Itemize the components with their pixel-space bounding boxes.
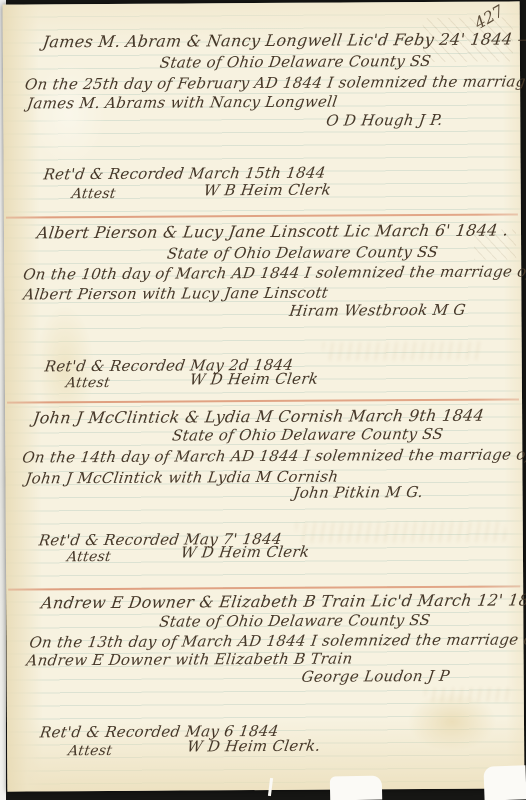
marriage-entry: Albert Pierson & Lucy Jane Linscott Lic …: [3, 1, 520, 4]
entry-state-line: State of Ohio Delaware County SS: [159, 52, 432, 72]
attest-label: Attest: [67, 743, 113, 759]
entry-body-line: On the 25th day of February AD 1844 I so…: [24, 72, 526, 93]
clerk-signature: W B Heim Clerk: [203, 181, 333, 200]
entry-separator-line: [7, 398, 519, 403]
attest-label: Attest: [65, 375, 111, 391]
officiant-signature: George Loudon J P: [301, 667, 451, 686]
entry-body-line: On the 10th day of March AD 1844 I solem…: [22, 262, 526, 283]
entry-state-line: State of Ohio Delaware County SS: [171, 425, 444, 445]
attest-label: Attest: [71, 186, 117, 202]
clerk-signature: W D Heim Clerk: [180, 543, 311, 562]
entry-body-line: On the 14th day of March AD 1844 I solem…: [21, 445, 526, 466]
entry-state-line: State of Ohio Delaware County SS: [166, 243, 439, 263]
entry-separator-line: [8, 585, 520, 590]
entry-license-line: James M. Abram & Nancy Longwell Lic'd Fe…: [42, 29, 526, 51]
return-record: Ret'd & Recorded May 6 1844 Attest W D H…: [3, 1, 520, 4]
entry-license-line: Albert Pierson & Lucy Jane Linscott Lic …: [36, 220, 510, 242]
officiant-signature: John Pitkin M G.: [292, 483, 424, 502]
entry-body-line: Albert Pierson with Lucy Jane Linscott: [22, 284, 329, 304]
attest-label: Attest: [66, 549, 112, 565]
officiant-signature: O D Hough J P.: [325, 111, 444, 130]
entry-body-line: John J McClintick with Lydia M Cornish: [24, 468, 339, 488]
torn-edge-notch: [483, 765, 526, 800]
ledger-page: 427 James M. Abram & Nancy Longwell Lic'…: [3, 1, 525, 791]
entry-body-line: James M. Abrams with Nancy Longwell: [26, 93, 339, 113]
marriage-entry: John J McClintick & Lydia M Cornish Marc…: [3, 1, 520, 4]
entry-license-line: Andrew E Downer & Elizabeth B Train Lic'…: [40, 590, 526, 612]
paper-stain: [407, 692, 497, 753]
entry-body-line: Andrew E Downer with Elizabeth B Train: [25, 649, 353, 669]
ink-showthrough: [323, 342, 483, 361]
return-record: Ret'd & Recorded May 2d 1844 Attest W D …: [3, 1, 520, 4]
return-record: Ret'd & Recorded March 15th 1844 Attest …: [3, 1, 520, 4]
ink-showthrough: [296, 522, 506, 543]
entry-body-line: On the 13th day of March AD 1844 I solem…: [28, 630, 526, 651]
clerk-signature: W D Heim Clerk.: [186, 737, 322, 756]
marriage-entry: Andrew E Downer & Elizabeth B Train Lic'…: [3, 1, 520, 4]
ink-showthrough: [425, 688, 510, 703]
entry-separator-line: [6, 213, 518, 218]
torn-edge-notch: [330, 776, 382, 800]
marriage-entry: James M. Abram & Nancy Longwell Lic'd Fe…: [3, 1, 520, 4]
entry-state-line: State of Ohio Delaware County SS: [158, 611, 431, 631]
clerk-signature: W D Heim Clerk: [189, 370, 320, 389]
return-record: Ret'd & Recorded May 7' 1844 Attest W D …: [3, 1, 520, 4]
officiant-signature: Hiram Westbrook M G: [288, 301, 467, 320]
scanned-document: { "page": { "number": "427", "descriptio…: [0, 0, 526, 800]
